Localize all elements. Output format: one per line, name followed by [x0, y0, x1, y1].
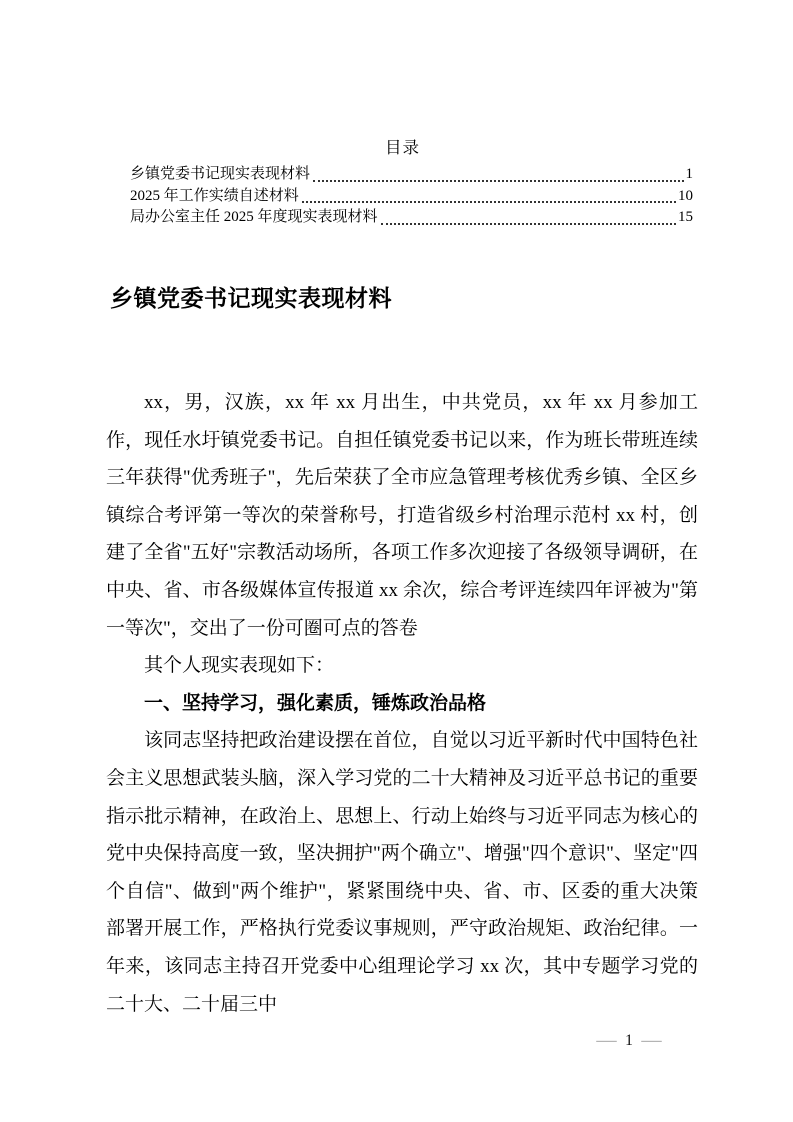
footer-page-number: 1: [625, 1031, 633, 1051]
toc-entry-title: 局办公室主任 2025 年度现实表现材料: [130, 207, 378, 229]
toc-entry-title: 乡镇党委书记现实表现材料: [130, 164, 310, 186]
toc-entry[interactable]: 局办公室主任 2025 年度现实表现材料 15: [130, 207, 693, 229]
paragraph-lead-in: 其个人现实表现如下：: [106, 647, 698, 685]
footer-dash-left: —: [596, 1031, 616, 1051]
toc-entry-page-number: 1: [686, 164, 694, 186]
toc-entry-page-number: 10: [678, 186, 693, 208]
table-of-contents: 目录 乡镇党委书记现实表现材料 1 2025 年工作实绩自述材料 10 局办公室…: [112, 138, 693, 229]
document-title: 乡镇党委书记现实表现材料: [110, 285, 392, 312]
toc-entry[interactable]: 乡镇党委书记现实表现材料 1: [130, 164, 693, 186]
toc-dot-leader: [313, 180, 683, 182]
page-footer: — 1 —: [599, 1031, 659, 1051]
toc-dot-leader: [302, 201, 676, 203]
paragraph-section-1-body: 该同志坚持把政治建设摆在首位，自觉以习近平新时代中国特色社会主义思想武装头脑，深…: [106, 722, 698, 1023]
section-heading-1: 一、坚持学习，强化素质，锤炼政治品格: [106, 685, 698, 723]
toc-entry-title: 2025 年工作实绩自述材料: [130, 186, 299, 208]
toc-entry-page-number: 15: [678, 207, 693, 229]
footer-dash-right: —: [641, 1031, 661, 1051]
toc-dot-leader: [381, 223, 676, 225]
paragraph-intro: xx，男，汉族，xx 年 xx 月出生，中共党员，xx 年 xx 月参加工作，现…: [106, 384, 698, 647]
document-page: 目录 乡镇党委书记现实表现材料 1 2025 年工作实绩自述材料 10 局办公室…: [0, 0, 793, 1122]
toc-list: 乡镇党委书记现实表现材料 1 2025 年工作实绩自述材料 10 局办公室主任 …: [112, 164, 693, 229]
toc-entry[interactable]: 2025 年工作实绩自述材料 10: [130, 186, 693, 208]
document-body: xx，男，汉族，xx 年 xx 月出生，中共党员，xx 年 xx 月参加工作，现…: [106, 384, 698, 1023]
toc-heading: 目录: [112, 138, 693, 158]
